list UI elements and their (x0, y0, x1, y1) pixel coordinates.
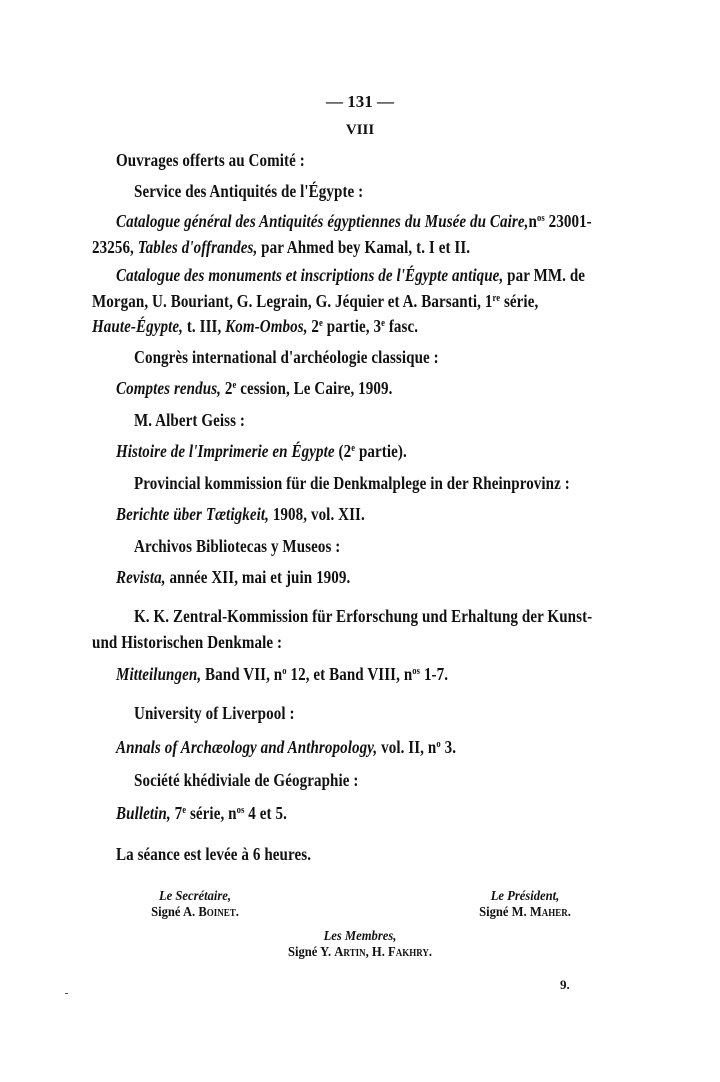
title: Haute-Égypte, (92, 316, 183, 336)
text: 2 (221, 378, 232, 398)
entry-annals: Annals of Archæology and Anthropology, v… (116, 737, 456, 758)
text: série, (500, 291, 538, 311)
section-number: VIII (0, 122, 720, 139)
entry-berichte: Berichte über Tætigkeit, 1908, vol. XII. (116, 504, 365, 525)
title: Catalogue général des Antiquités égyptie… (116, 211, 528, 231)
entry-catalogue-monuments-line3: Haute-Égypte, t. III, Kom-Ombos, 2e part… (92, 316, 418, 337)
role: Le Secrétaire, (137, 889, 254, 905)
text: (2 (335, 441, 352, 461)
donor-university-liverpool: University of Liverpool : (134, 703, 295, 724)
text: Morgan, U. Bouriant, G. Legrain, G. Jéqu… (92, 291, 492, 311)
text: cession, Le Caire, 1909. (236, 378, 392, 398)
speck (65, 993, 68, 994)
text: vol. II, n (377, 737, 436, 757)
subtitle: Tables d'offrandes, (138, 237, 258, 257)
entry-catalogue-general: Catalogue général des Antiquités égyptie… (116, 211, 592, 232)
title: Kom-Ombos, (225, 316, 307, 336)
text: série, n (186, 803, 237, 823)
text: 7 (171, 803, 182, 823)
text: fasc. (385, 316, 418, 336)
title: Mitteilungen, (116, 664, 201, 684)
title: Berichte über Tætigkeit, (116, 504, 269, 524)
text: 12, et Band VIII, n (287, 664, 413, 684)
donor-zentral-kommission: K. K. Zentral-Kommission für Erforschung… (134, 606, 592, 627)
donor-zentral-kommission-cont: und Historischen Denkmale : (92, 632, 282, 653)
signature-secretary: Le Secrétaire, Signé A. Boinet. (137, 889, 254, 921)
text: 1908, vol. XII. (269, 504, 365, 524)
donor-societe-geographie: Société khédiviale de Géographie : (134, 770, 358, 791)
signature-president: Le Président, Signé M. Maher. (462, 889, 588, 921)
text: partie, 3 (323, 316, 381, 336)
entry-bulletin: Bulletin, 7e série, nos 4 et 5. (116, 803, 287, 824)
page-number: — 131 — (0, 92, 720, 112)
role: Le Président, (462, 889, 588, 905)
donor-provincial-kommission: Provincial kommission für die Denkmalple… (134, 473, 570, 494)
donor-albert-geiss: M. Albert Geiss : (134, 410, 245, 431)
title: Annals of Archæology and Anthropology, (116, 737, 377, 757)
title: Revista, (116, 567, 166, 587)
signature-mark: 9. (560, 977, 570, 993)
role: Les Membres, (275, 929, 446, 945)
text: Band VII, n (201, 664, 282, 684)
sup: re (492, 293, 500, 304)
entry-catalogue-monuments: Catalogue des monuments et inscriptions … (116, 265, 585, 286)
text: 1-7. (420, 664, 448, 684)
text: par Ahmed bey Kamal, t. I et II. (257, 237, 470, 257)
text: 2 (308, 316, 319, 336)
entry-comptes-rendus: Comptes rendus, 2e cession, Le Caire, 19… (116, 378, 392, 399)
heading: Ouvrages offerts au Comité : (116, 150, 305, 171)
closing-statement: La séance est levée à 6 heures. (116, 844, 311, 865)
text: t. III, (183, 316, 225, 336)
sup: os (537, 213, 545, 224)
entry-mitteilungen: Mitteilungen, Band VII, no 12, et Band V… (116, 664, 448, 685)
entry-revista: Revista, année XII, mai et juin 1909. (116, 567, 350, 588)
entry-catalogue-monuments-line2: Morgan, U. Bouriant, G. Legrain, G. Jéqu… (92, 291, 538, 312)
title: Bulletin, (116, 803, 171, 823)
text: 23256, (92, 237, 134, 257)
donor-service-antiquites: Service des Antiquités de l'Égypte : (134, 181, 363, 202)
text: 23001- (545, 211, 592, 231)
text: 4 et 5. (244, 803, 286, 823)
signed: Signé Y. Artin, H. Fakhry. (275, 945, 446, 961)
title: Catalogue des monuments et inscriptions … (116, 265, 503, 285)
entry-catalogue-general-cont: 23256, Tables d'offrandes, par Ahmed bey… (92, 237, 470, 258)
donor-congres: Congrès international d'archéologie clas… (134, 347, 439, 368)
signed: Signé M. Maher. (462, 905, 588, 921)
text: partie). (355, 441, 407, 461)
text: 3. (441, 737, 456, 757)
sup: os (412, 666, 420, 677)
title: Histoire de l'Imprimerie en Égypte (116, 441, 335, 461)
text: par MM. de (503, 265, 585, 285)
donor-archivos: Archivos Bibliotecas y Museos : (134, 536, 340, 557)
signature-members: Les Membres, Signé Y. Artin, H. Fakhry. (275, 929, 446, 961)
signed: Signé A. Boinet. (137, 905, 254, 921)
title: Comptes rendus, (116, 378, 221, 398)
text: année XII, mai et juin 1909. (166, 567, 351, 587)
entry-histoire-imprimerie: Histoire de l'Imprimerie en Égypte (2e p… (116, 441, 407, 462)
